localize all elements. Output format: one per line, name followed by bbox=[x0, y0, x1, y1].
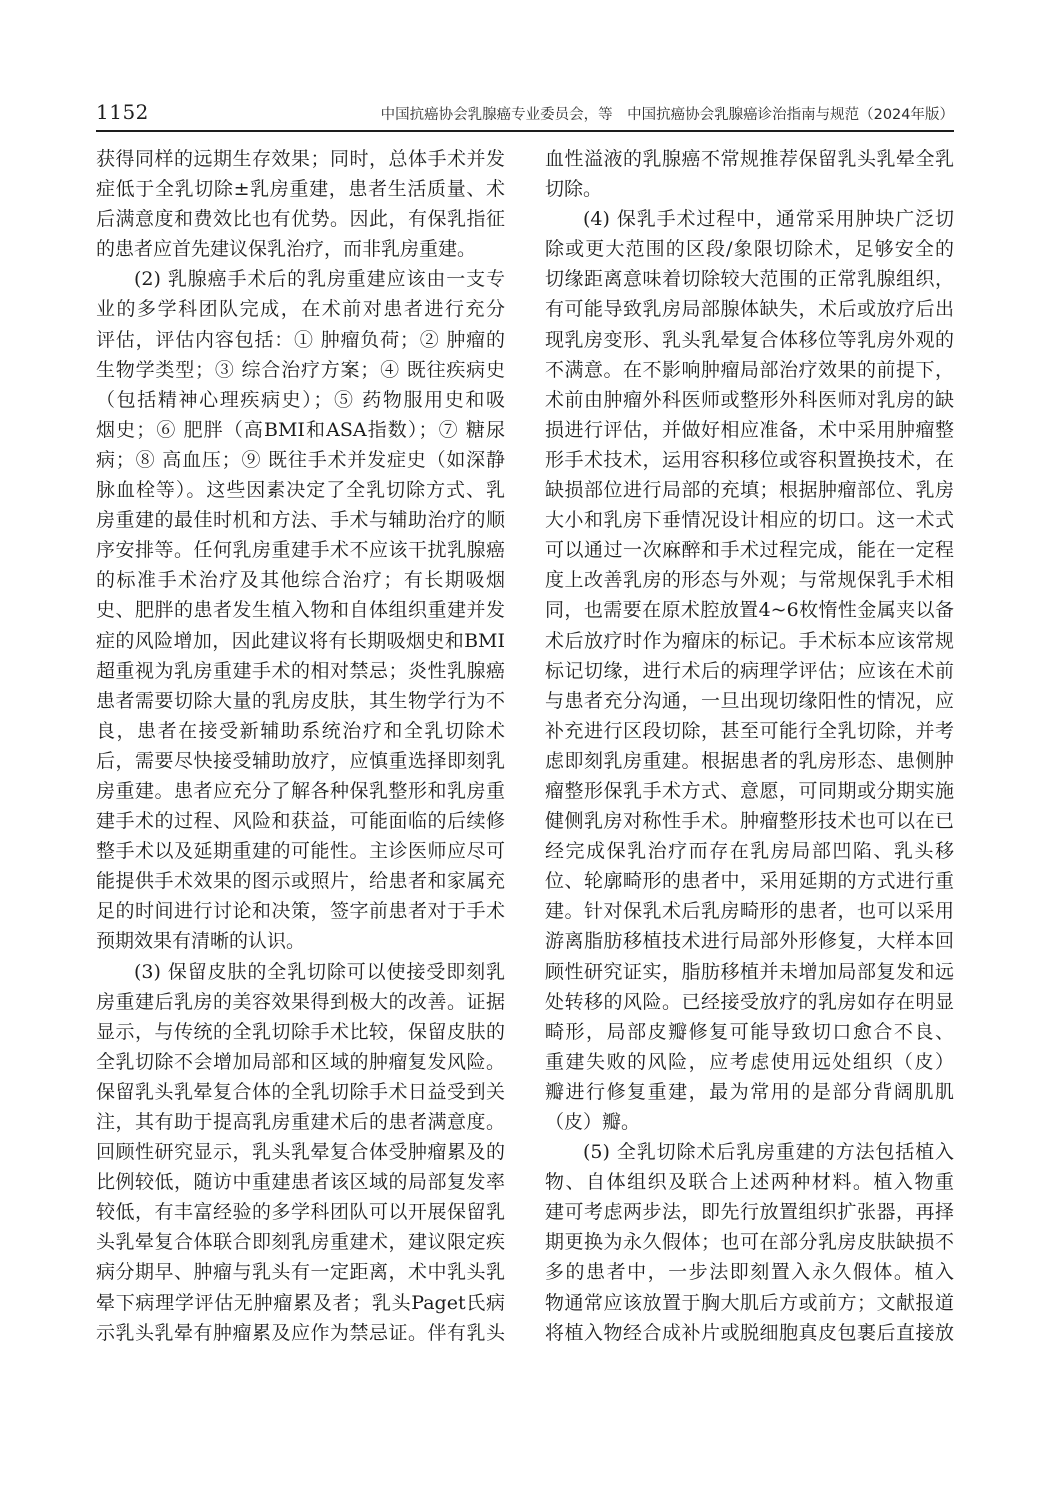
running-title: 中国抗癌协会乳腺癌专业委员会，等 中国抗癌协会乳腺癌诊治指南与规范（2024年版… bbox=[381, 103, 954, 124]
text-line: 物通常应该放置于胸大肌后方或前方；文献报道 bbox=[545, 1288, 954, 1318]
text-line: 能提供手术效果的图示或照片，给患者和家属充 bbox=[96, 866, 505, 896]
text-line: (3) 保留皮肤的全乳切除可以使接受即刻乳 bbox=[96, 957, 505, 987]
text-line: 脉血栓等）。这些因素决定了全乳切除方式、乳 bbox=[96, 475, 505, 505]
text-line: 畸形，局部皮瓣修复可能导致切口愈合不良、 bbox=[545, 1017, 954, 1047]
text-line: 物、自体组织及联合上述两种材料。植入物重 bbox=[545, 1167, 954, 1197]
text-line: 多的患者中，一步法即刻置入永久假体。植入 bbox=[545, 1257, 954, 1287]
text-line: 业的多学科团队完成，在术前对患者进行充分 bbox=[96, 294, 505, 324]
text-line: 缺损部位进行局部的充填；根据肿瘤部位、乳房 bbox=[545, 475, 954, 505]
text-line: 头乳晕复合体联合即刻乳房重建术，建议限定疾 bbox=[96, 1227, 505, 1257]
text-line: 位、轮廓畸形的患者中，采用延期的方式进行重 bbox=[545, 866, 954, 896]
text-line: 保留乳头乳晕复合体的全乳切除手术日益受到关 bbox=[96, 1077, 505, 1107]
text-line: 建可考虑两步法，即先行放置组织扩张器，再择 bbox=[545, 1197, 954, 1227]
text-line: (2) 乳腺癌手术后的乳房重建应该由一支专 bbox=[96, 264, 505, 294]
text-line: 足的时间进行讨论和决策，签字前患者对于手术 bbox=[96, 896, 505, 926]
text-line: 评估，评估内容包括：① 肿瘤负荷；② 肿瘤的 bbox=[96, 325, 505, 355]
text-line: 注，其有助于提高乳房重建术后的患者满意度。 bbox=[96, 1107, 505, 1137]
text-line: 显示，与传统的全乳切除手术比较，保留皮肤的 bbox=[96, 1017, 505, 1047]
left-column: 获得同样的远期生存效果；同时，总体手术并发症低于全乳切除±乳房重建，患者生活质量… bbox=[96, 144, 505, 1348]
text-line: 标记切缘，进行术后的病理学评估；应该在术前 bbox=[545, 656, 954, 686]
text-line: 后满意度和费效比也有优势。因此，有保乳指征 bbox=[96, 204, 505, 234]
text-line: 顾性研究证实，脂肪移植并未增加局部复发和远 bbox=[545, 957, 954, 987]
text-line: 房重建。患者应充分了解各种保乳整形和乳房重 bbox=[96, 776, 505, 806]
text-line: 史、肥胖的患者发生植入物和自体组织重建并发 bbox=[96, 595, 505, 625]
text-line: 游离脂肪移植技术进行局部外形修复，大样本回 bbox=[545, 926, 954, 956]
text-line: 处转移的风险。已经接受放疗的乳房如存在明显 bbox=[545, 987, 954, 1017]
text-line: 瘤整形保乳手术方式、意愿，可同期或分期实施 bbox=[545, 776, 954, 806]
text-line: 的患者应首先建议保乳治疗，而非乳房重建。 bbox=[96, 234, 505, 264]
text-line: 良，患者在接受新辅助系统治疗和全乳切除术 bbox=[96, 716, 505, 746]
text-line: 有可能导致乳房局部腺体缺失，术后或放疗后出 bbox=[545, 294, 954, 324]
text-line: （包括精神心理疾病史）；⑤ 药物服用史和吸 bbox=[96, 385, 505, 415]
text-line: 症的风险增加，因此建议将有长期吸烟史和BMI bbox=[96, 626, 505, 656]
text-line: 现乳房变形、乳头乳晕复合体移位等乳房外观的 bbox=[545, 325, 954, 355]
text-line: 示乳头乳晕有肿瘤累及应作为禁忌证。伴有乳头 bbox=[96, 1318, 505, 1348]
text-line: 切除。 bbox=[545, 174, 954, 204]
article-body: 获得同样的远期生存效果；同时，总体手术并发症低于全乳切除±乳房重建，患者生活质量… bbox=[96, 144, 954, 1348]
text-line: 将植入物经合成补片或脱细胞真皮包裹后直接放 bbox=[545, 1318, 954, 1348]
text-line: 虑即刻乳房重建。根据患者的乳房形态、患侧肿 bbox=[545, 746, 954, 776]
text-line: 形手术技术，运用容积移位或容积置换技术，在 bbox=[545, 445, 954, 475]
text-line: 瓣进行修复重建，最为常用的是部分背阔肌肌 bbox=[545, 1077, 954, 1107]
text-line: 生物学类型；③ 综合治疗方案；④ 既往疾病史 bbox=[96, 355, 505, 385]
text-line: 获得同样的远期生存效果；同时，总体手术并发 bbox=[96, 144, 505, 174]
text-line: 损进行评估，并做好相应准备，术中采用肿瘤整 bbox=[545, 415, 954, 445]
text-line: 后，需要尽快接受辅助放疗，应慎重选择即刻乳 bbox=[96, 746, 505, 776]
text-line: (4) 保乳手术过程中，通常采用肿块广泛切 bbox=[545, 204, 954, 234]
text-line: 健侧乳房对称性手术。肿瘤整形技术也可以在已 bbox=[545, 806, 954, 836]
text-line: 回顾性研究显示，乳头乳晕复合体受肿瘤累及的 bbox=[96, 1137, 505, 1167]
text-line: 术前由肿瘤外科医师或整形外科医师对乳房的缺 bbox=[545, 385, 954, 415]
text-line: 可以通过一次麻醉和手术过程完成，能在一定程 bbox=[545, 535, 954, 565]
text-line: 不满意。在不影响肿瘤局部治疗效果的前提下， bbox=[545, 355, 954, 385]
text-line: 重建失败的风险，应考虑使用远处组织（皮） bbox=[545, 1047, 954, 1077]
text-line: 超重视为乳房重建手术的相对禁忌；炎性乳腺癌 bbox=[96, 656, 505, 686]
text-line: 晕下病理学评估无肿瘤累及者；乳头Paget氏病提 bbox=[96, 1288, 505, 1318]
page-number: 1152 bbox=[96, 100, 149, 124]
text-line: 血性溢液的乳腺癌不常规推荐保留乳头乳晕全乳 bbox=[545, 144, 954, 174]
text-line: 除或更大范围的区段/象限切除术，足够安全的 bbox=[545, 234, 954, 264]
text-line: 期更换为永久假体；也可在部分乳房皮肤缺损不 bbox=[545, 1227, 954, 1257]
text-line: 与患者充分沟通，一旦出现切缘阳性的情况，应 bbox=[545, 686, 954, 716]
text-line: 全乳切除不会增加局部和区域的肿瘤复发风险。 bbox=[96, 1047, 505, 1077]
text-line: 整手术以及延期重建的可能性。主诊医师应尽可 bbox=[96, 836, 505, 866]
text-line: 同，也需要在原术腔放置4~6枚惰性金属夹以备 bbox=[545, 595, 954, 625]
text-line: 房重建的最佳时机和方法、手术与辅助治疗的顺 bbox=[96, 505, 505, 535]
text-line: 术后放疗时作为瘤床的标记。手术标本应该常规 bbox=[545, 626, 954, 656]
text-line: 症低于全乳切除±乳房重建，患者生活质量、术 bbox=[96, 174, 505, 204]
document-page: 1152 中国抗癌协会乳腺癌专业委员会，等 中国抗癌协会乳腺癌诊治指南与规范（2… bbox=[0, 0, 1050, 1485]
header-rule bbox=[96, 130, 954, 132]
text-line: （皮）瓣。 bbox=[545, 1107, 954, 1137]
text-line: (5) 全乳切除术后乳房重建的方法包括植入 bbox=[545, 1137, 954, 1167]
text-line: 补充进行区段切除，甚至可能行全乳切除，并考 bbox=[545, 716, 954, 746]
text-line: 切缘距离意味着切除较大范围的正常乳腺组织， bbox=[545, 264, 954, 294]
text-line: 建手术的过程、风险和获益，可能面临的后续修 bbox=[96, 806, 505, 836]
text-line: 比例较低，随访中重建患者该区域的局部复发率 bbox=[96, 1167, 505, 1197]
right-column: 血性溢液的乳腺癌不常规推荐保留乳头乳晕全乳切除。(4) 保乳手术过程中，通常采用… bbox=[545, 144, 954, 1348]
text-line: 经完成保乳治疗而存在乳房局部凹陷、乳头移 bbox=[545, 836, 954, 866]
text-line: 房重建后乳房的美容效果得到极大的改善。证据 bbox=[96, 987, 505, 1017]
text-line: 较低，有丰富经验的多学科团队可以开展保留乳 bbox=[96, 1197, 505, 1227]
text-line: 病分期早、肿瘤与乳头有一定距离，术中乳头乳 bbox=[96, 1257, 505, 1287]
page-header: 1152 中国抗癌协会乳腺癌专业委员会，等 中国抗癌协会乳腺癌诊治指南与规范（2… bbox=[96, 100, 954, 124]
text-line: 建。针对保乳术后乳房畸形的患者，也可以采用 bbox=[545, 896, 954, 926]
text-line: 大小和乳房下垂情况设计相应的切口。这一术式 bbox=[545, 505, 954, 535]
text-line: 度上改善乳房的形态与外观；与常规保乳手术相 bbox=[545, 565, 954, 595]
text-line: 烟史；⑥ 肥胖（高BMI和ASA指数）；⑦ 糖尿 bbox=[96, 415, 505, 445]
text-line: 病；⑧ 高血压；⑨ 既往手术并发症史（如深静 bbox=[96, 445, 505, 475]
text-line: 序安排等。任何乳房重建手术不应该干扰乳腺癌 bbox=[96, 535, 505, 565]
text-line: 患者需要切除大量的乳房皮肤，其生物学行为不 bbox=[96, 686, 505, 716]
text-line: 预期效果有清晰的认识。 bbox=[96, 926, 505, 956]
text-line: 的标准手术治疗及其他综合治疗；有长期吸烟 bbox=[96, 565, 505, 595]
